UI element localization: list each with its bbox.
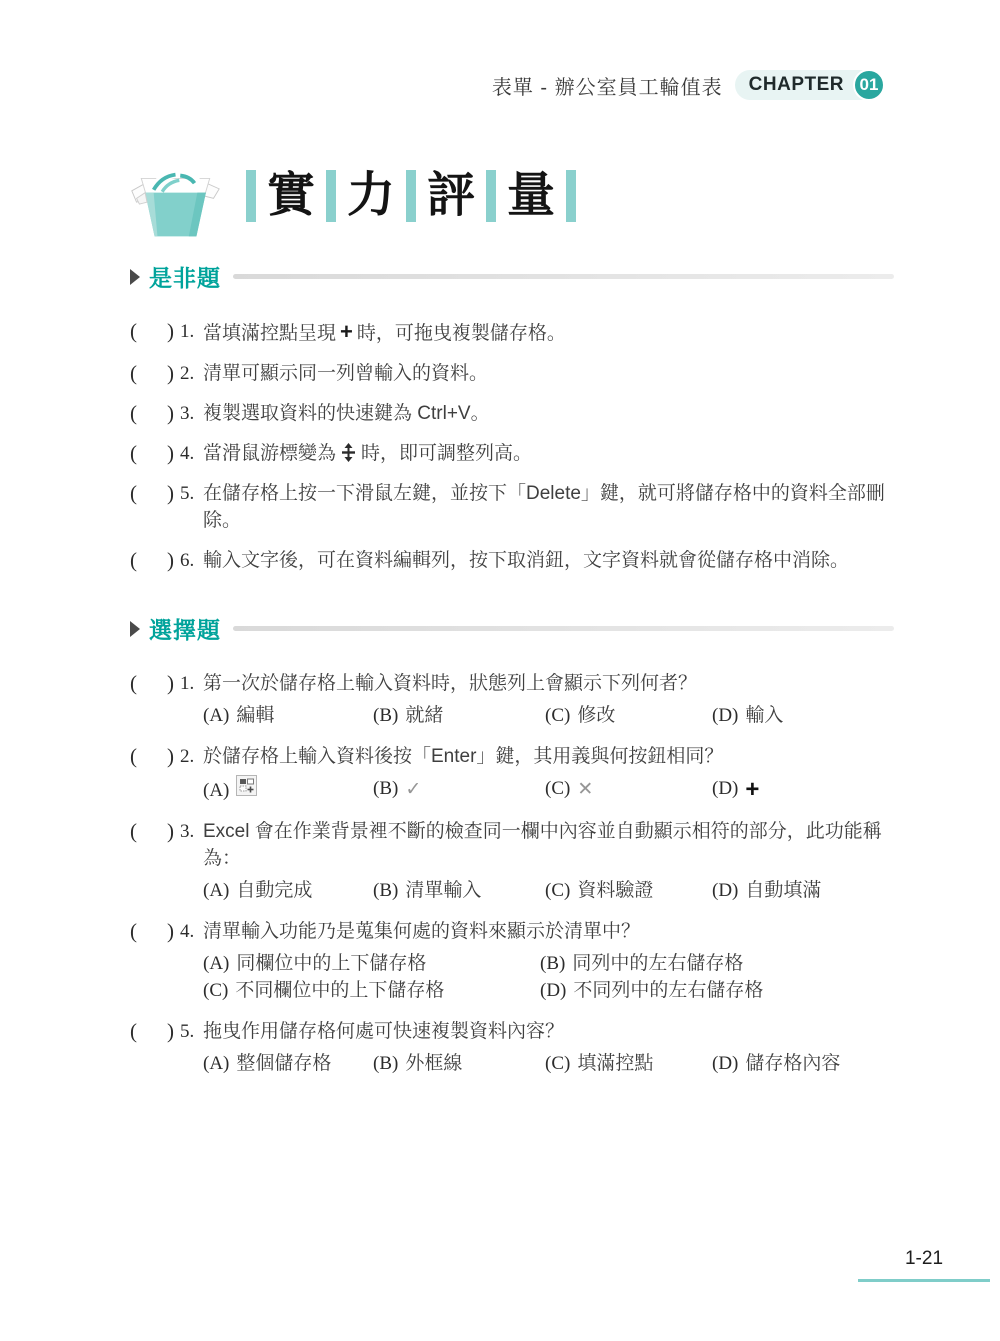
question-text: 拖曳作用儲存格何處可快速複製資料內容？ (203, 1018, 902, 1045)
plus-icon: + (745, 776, 759, 803)
question-text: 輸入文字後，可在資料編輯列，按下取消鈕，文字資料就會從儲存格中消除。 (203, 547, 902, 574)
mc-question-2: () 2. 於儲存格上輸入資料後按「Enter」鍵，其用義與何按鈕相同？ (A)… (130, 743, 902, 804)
chapter-badge: CHAPTER 01 (735, 70, 882, 100)
question-text: Excel 會在作業背景裡不斷的檢查同一欄中內容並自動顯示相符的部分，此功能稱為… (203, 818, 902, 872)
chapter-number-badge: 01 (853, 69, 885, 101)
option-c: (C)修改 (545, 702, 712, 729)
mc-question-1: () 1. 第一次於儲存格上輸入資料時，狀態列上會顯示下列何者？ (A)編輯 (… (130, 670, 902, 729)
answer-blank: () (130, 360, 174, 387)
question-text: 清單輸入功能乃是蒐集何處的資料來顯示於清單中？ (203, 918, 902, 945)
title-char: 實 (267, 170, 315, 222)
question-number: 6. (180, 547, 200, 574)
title-bar-decoration (246, 170, 256, 222)
tf-question-6: () 6. 輸入文字後，可在資料編輯列，按下取消鈕，文字資料就會從儲存格中消除。 (130, 547, 902, 574)
title-bar-decoration (566, 170, 576, 222)
question-text: 第一次於儲存格上輸入資料時，狀態列上會顯示下列何者？ (203, 670, 902, 697)
option-a: (A)編輯 (203, 702, 373, 729)
page-number: 1-21 (858, 1248, 990, 1282)
mc-section-heading: 選擇題 (130, 612, 894, 645)
question-number: 5. (180, 480, 200, 507)
question-number: 3. (180, 818, 200, 845)
takeout-box-icon (128, 150, 223, 242)
answer-blank: () (130, 440, 174, 467)
heading-rule (233, 626, 894, 631)
question-text: 在儲存格上按一下滑鼠左鍵，並按下「Delete」鍵，就可將儲存格中的資料全部刪除… (203, 480, 902, 534)
option-b: (B)外框線 (373, 1050, 545, 1077)
question-text: 複製選取資料的快速鍵為 Ctrl+V。 (203, 400, 902, 427)
mc-question-list: () 1. 第一次於儲存格上輸入資料時，狀態列上會顯示下列何者？ (A)編輯 (… (130, 670, 902, 1091)
question-text: 當填滿控點呈現+時，可拖曳複製儲存格。 (203, 318, 902, 347)
option-b: (B)✓ (373, 775, 545, 804)
section-heading-label: 選擇題 (149, 612, 221, 645)
question-number: 1. (180, 670, 200, 697)
option-d: (D)儲存格內容 (712, 1050, 902, 1077)
question-number: 1. (180, 318, 200, 345)
tf-question-list: () 1. 當填滿控點呈現+時，可拖曳複製儲存格。 () 2. 清單可顯示同一列… (130, 318, 902, 587)
option-c: (C)填滿控點 (545, 1050, 712, 1077)
option-row: (A)編輯 (B)就緒 (C)修改 (D)輸入 (203, 702, 902, 729)
option-d: (D)不同列中的左右儲存格 (540, 977, 902, 1004)
tf-question-4: () 4. 當滑鼠游標變為時，即可調整列高。 (130, 440, 902, 467)
answer-blank: () (130, 670, 174, 697)
tf-question-1: () 1. 當填滿控點呈現+時，可拖曳複製儲存格。 (130, 318, 902, 347)
question-number: 4. (180, 918, 200, 945)
triangle-bullet-icon (130, 269, 140, 285)
check-icon: ✓ (405, 776, 421, 803)
answer-blank: () (130, 818, 174, 845)
heading-rule (233, 274, 894, 279)
mc-question-4: () 4. 清單輸入功能乃是蒐集何處的資料來顯示於清單中？ (A)同欄位中的上下… (130, 918, 902, 1004)
option-row: (A) (B)✓ (C)✕ (D)+ (203, 775, 902, 804)
chapter-label: CHAPTER (749, 74, 844, 96)
page-title-text: 實 力 評 量 (235, 170, 587, 222)
title-char: 評 (427, 170, 475, 222)
triangle-bullet-icon (130, 621, 140, 637)
option-b: (B)同列中的左右儲存格 (540, 950, 902, 977)
title-bar-decoration (486, 170, 496, 222)
insert-cells-icon (236, 775, 257, 796)
cross-icon: ✕ (577, 776, 593, 803)
answer-blank: () (130, 480, 174, 507)
option-row: (A)自動完成 (B)清單輸入 (C)資料驗證 (D)自動填滿 (203, 877, 902, 904)
question-number: 4. (180, 440, 200, 467)
option-d: (D)+ (712, 775, 902, 804)
option-grid: (A)同欄位中的上下儲存格 (B)同列中的左右儲存格 (C)不同欄位中的上下儲存… (203, 950, 902, 1004)
question-number: 2. (180, 360, 200, 387)
title-char: 量 (507, 170, 555, 222)
answer-blank: () (130, 318, 174, 345)
option-d: (D)輸入 (712, 702, 902, 729)
option-c: (C)✕ (545, 775, 712, 804)
tf-question-3: () 3. 複製選取資料的快速鍵為 Ctrl+V。 (130, 400, 902, 427)
option-d: (D)自動填滿 (712, 877, 902, 904)
title-bar-decoration (406, 170, 416, 222)
tf-section-heading: 是非題 (130, 260, 894, 293)
tf-question-2: () 2. 清單可顯示同一列曾輸入的資料。 (130, 360, 902, 387)
title-char: 力 (347, 170, 395, 222)
option-a: (A) (203, 775, 373, 804)
option-c: (C)資料驗證 (545, 877, 712, 904)
question-number: 5. (180, 1018, 200, 1045)
question-text: 當滑鼠游標變為時，即可調整列高。 (203, 440, 902, 467)
answer-blank: () (130, 1018, 174, 1045)
tf-question-5: () 5. 在儲存格上按一下滑鼠左鍵，並按下「Delete」鍵，就可將儲存格中的… (130, 480, 902, 534)
mc-question-3: () 3. Excel 會在作業背景裡不斷的檢查同一欄中內容並自動顯示相符的部分… (130, 818, 902, 904)
section-heading-label: 是非題 (149, 260, 221, 293)
answer-blank: () (130, 918, 174, 945)
answer-blank: () (130, 547, 174, 574)
fill-handle-plus-symbol: + (336, 319, 357, 344)
option-a: (A)自動完成 (203, 877, 373, 904)
question-number: 2. (180, 743, 200, 770)
page-header: 表單 - 辦公室員工輪值表 CHAPTER 01 (492, 70, 882, 100)
answer-blank: () (130, 743, 174, 770)
option-a: (A)整個儲存格 (203, 1050, 373, 1077)
option-a: (A)同欄位中的上下儲存格 (203, 950, 540, 977)
option-row: (A)整個儲存格 (B)外框線 (C)填滿控點 (D)儲存格內容 (203, 1050, 902, 1077)
option-c: (C)不同欄位中的上下儲存格 (203, 977, 540, 1004)
question-number: 3. (180, 400, 200, 427)
question-text: 清單可顯示同一列曾輸入的資料。 (203, 360, 902, 387)
question-text: 於儲存格上輸入資料後按「Enter」鍵，其用義與何按鈕相同？ (203, 743, 902, 770)
option-b: (B)就緒 (373, 702, 545, 729)
title-bar-decoration (326, 170, 336, 222)
option-b: (B)清單輸入 (373, 877, 545, 904)
row-resize-cursor-icon (341, 443, 356, 462)
answer-blank: () (130, 400, 174, 427)
chapter-title: 表單 - 辦公室員工輪值表 (492, 71, 723, 100)
page-title: 實 力 評 量 (128, 150, 587, 242)
mc-question-5: () 5. 拖曳作用儲存格何處可快速複製資料內容？ (A)整個儲存格 (B)外框… (130, 1018, 902, 1077)
